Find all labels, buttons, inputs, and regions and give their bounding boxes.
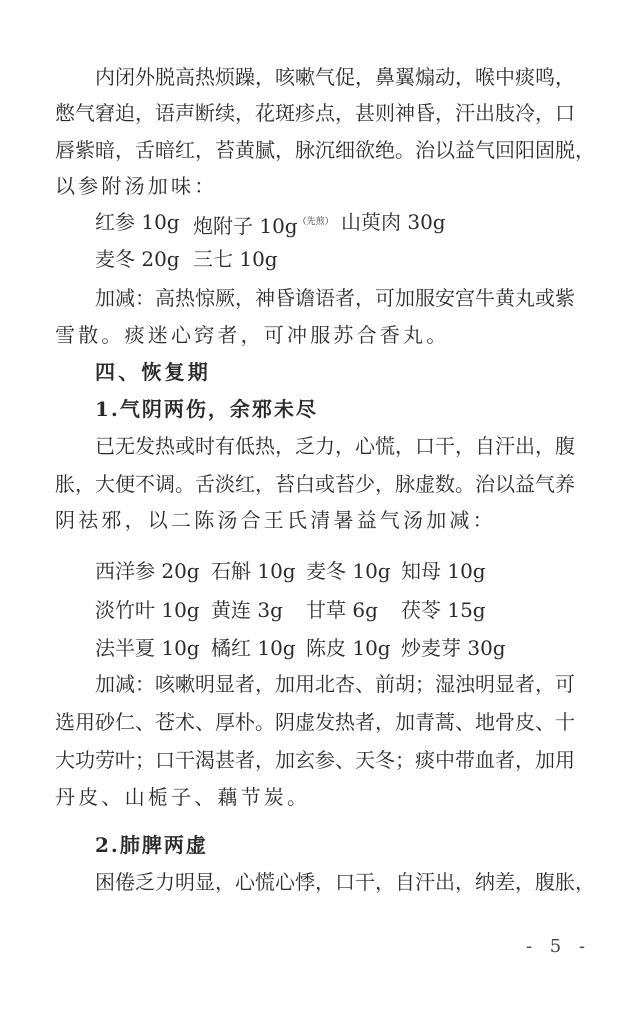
herb-name: 山萸肉	[341, 210, 401, 234]
herb-name: 橘红	[211, 636, 251, 660]
herb-dose: 20g	[141, 247, 179, 271]
paragraph-line: 阴祛邪，以二陈汤合王氏清暑益气汤加减：	[55, 507, 575, 533]
herb-dose: 10g	[141, 210, 179, 234]
herb-item: 三七 10g	[193, 246, 278, 272]
paragraph-line: 已无发热或时有低热，乏力，心慌，口干，自汗出，腹	[95, 433, 575, 459]
herb-dose: 10g	[161, 598, 199, 622]
herb-dose: 6g	[352, 598, 378, 622]
herb-name: 麦冬	[306, 559, 346, 583]
herb-dose: 10g	[239, 247, 277, 271]
paragraph-line: 加减：高热惊厥，神昏谵语者，可加服安宫牛黄丸或紫	[95, 285, 575, 311]
herb-name: 知母	[401, 559, 441, 583]
herb-dose: 30g	[467, 636, 505, 660]
herb-dose: 30g	[407, 210, 445, 234]
herb-item: 茯苓 15g	[401, 597, 486, 623]
herb-item: 山萸肉 30g	[341, 209, 446, 235]
herb-dose: 10g	[257, 636, 295, 660]
herb-name: 炮附子	[193, 214, 253, 238]
section-heading: 四、恢复期	[95, 359, 615, 385]
herb-item: 红参 10g	[95, 209, 180, 235]
herb-name: 石斛	[211, 559, 251, 583]
document-page: 内闭外脱高热烦躁，咳嗽气促，鼻翼煽动，喉中痰鸣， 憋气窘迫，语声断续，花斑疹点，…	[0, 0, 641, 1014]
herb-dose: 15g	[447, 598, 485, 622]
herb-item: 橘红 10g	[211, 635, 296, 661]
herb-item: 甘草 6g	[306, 597, 378, 623]
herb-item: 炒麦芽 30g	[401, 635, 506, 661]
herb-dose: 10g	[257, 559, 295, 583]
herb-item: 石斛 10g	[211, 558, 296, 584]
herb-name: 茯苓	[401, 598, 441, 622]
herb-dose: 10g	[259, 214, 297, 238]
herb-item: 炮附子 10g（先煎）	[193, 209, 334, 239]
herb-dose: 10g	[352, 559, 390, 583]
herb-dose: 10g	[161, 636, 199, 660]
herb-name: 三七	[193, 247, 233, 271]
herb-name: 陈皮	[306, 636, 346, 660]
herb-name: 红参	[95, 210, 135, 234]
paragraph-line: 丹皮、山栀子、藕节炭。	[55, 784, 575, 810]
herb-name: 淡竹叶	[95, 598, 155, 622]
herb-item: 陈皮 10g	[306, 635, 391, 661]
herb-item: 法半夏 10g	[95, 635, 200, 661]
herb-item: 西洋参 20g	[95, 558, 200, 584]
paragraph-line: 唇紫暗，舌暗红，苔黄腻，脉沉细欲绝。治以益气回阳固脱，	[55, 137, 575, 163]
page-number: - 5 -	[526, 936, 591, 957]
herb-dose: 10g	[447, 559, 485, 583]
subsection-heading: 2.肺脾两虚	[95, 832, 615, 858]
paragraph-line: 憋气窘迫，语声断续，花斑疹点，甚则神昏，汗出肢冷，口	[55, 100, 575, 126]
herb-dose: 10g	[352, 636, 390, 660]
subsection-heading: 1.气阴两伤，余邪未尽	[95, 396, 615, 422]
herb-name: 炒麦芽	[401, 636, 461, 660]
herb-name: 麦冬	[95, 247, 135, 271]
paragraph-line: 雪散。痰迷心窍者，可冲服苏合香丸。	[55, 322, 575, 348]
herb-name: 黄连	[211, 598, 251, 622]
herb-item: 麦冬 20g	[95, 246, 180, 272]
paragraph-line: 胀，大便不调。舌淡红，苔白或苔少，脉虚数。治以益气养	[55, 471, 575, 497]
paragraph-line: 困倦乏力明显，心慌心悸，口干，自汗出，纳差，腹胀，	[95, 869, 575, 895]
herb-item: 麦冬 10g	[306, 558, 391, 584]
herb-name: 甘草	[306, 598, 346, 622]
paragraph-line: 内闭外脱高热烦躁，咳嗽气促，鼻翼煽动，喉中痰鸣，	[95, 64, 575, 90]
herb-item: 知母 10g	[401, 558, 486, 584]
herb-name: 法半夏	[95, 636, 155, 660]
paragraph-line: 大功劳叶；口干渴甚者，加玄参、天冬；痰中带血者，加用	[55, 747, 575, 773]
paragraph-line: 以参附汤加味：	[55, 173, 575, 199]
herb-name: 西洋参	[95, 559, 155, 583]
herb-note: （先煎）	[298, 217, 334, 227]
paragraph-line: 加减：咳嗽明显者，加用北杏、前胡；湿浊明显者，可	[95, 671, 575, 697]
herb-item: 黄连 3g	[211, 597, 283, 623]
paragraph-line: 选用砂仁、苍术、厚朴。阴虚发热者，加青蒿、地骨皮、十	[55, 709, 575, 735]
herb-item: 淡竹叶 10g	[95, 597, 200, 623]
herb-dose: 3g	[257, 598, 283, 622]
herb-dose: 20g	[161, 559, 199, 583]
